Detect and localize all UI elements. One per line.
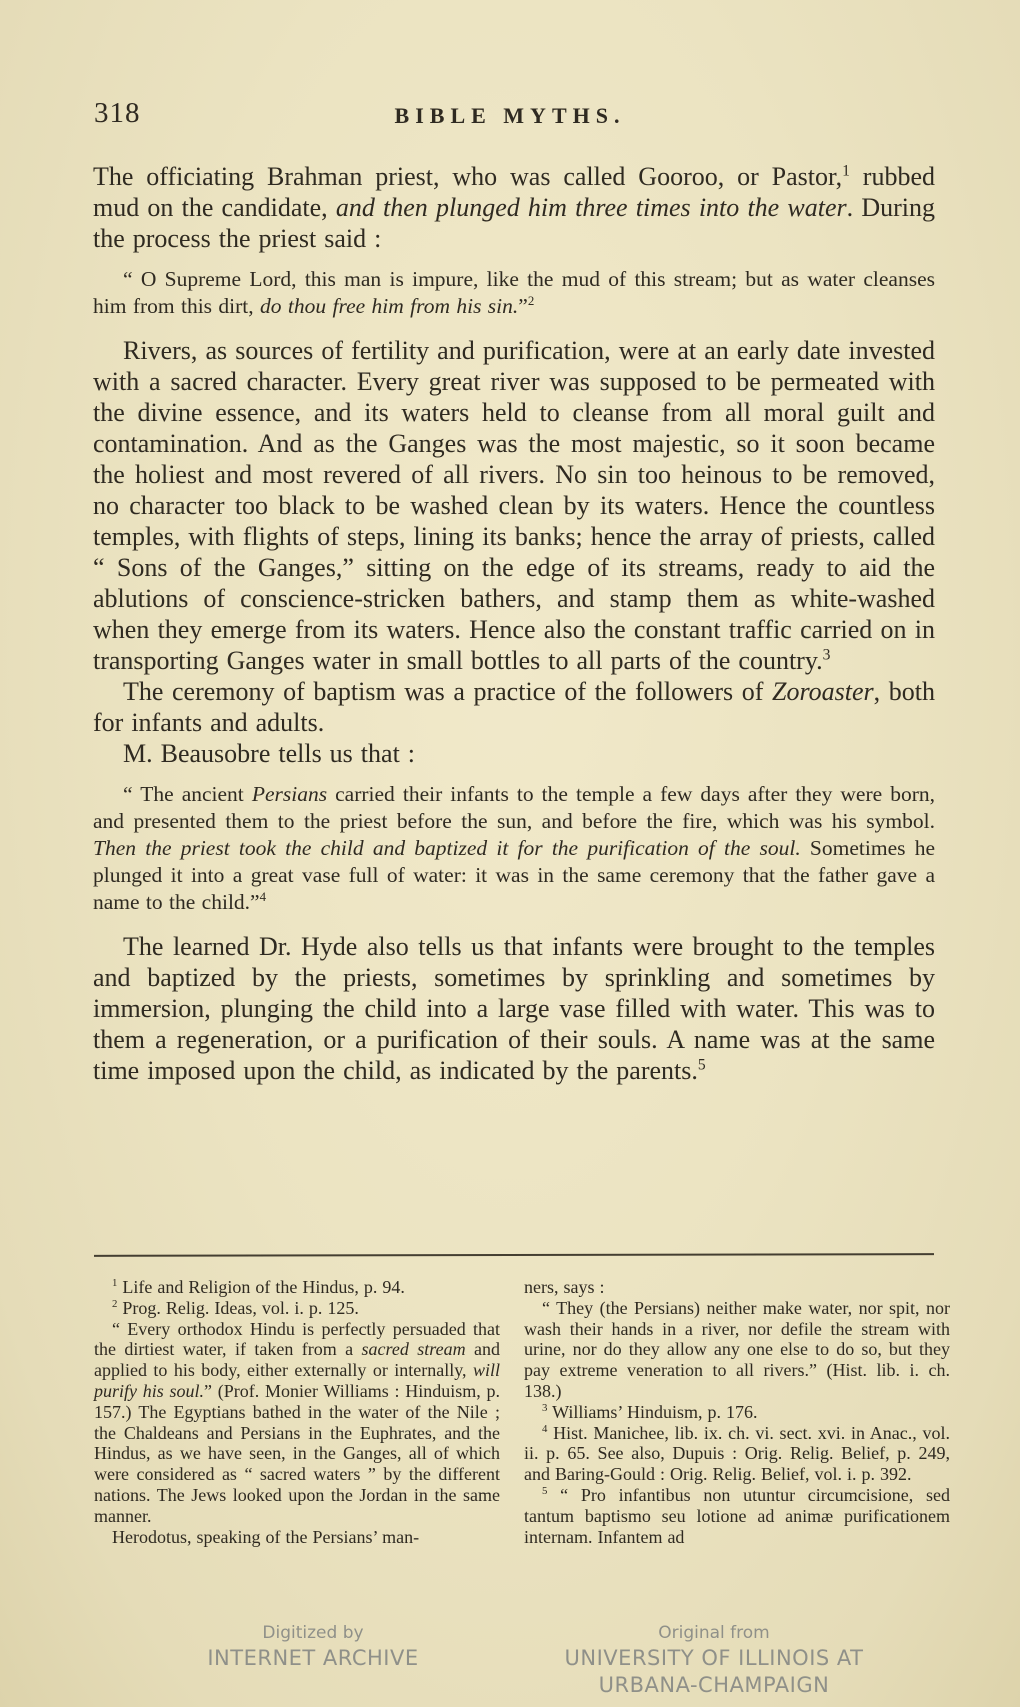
text-segment: sacred stream xyxy=(362,1339,466,1359)
paragraph: “ O Supreme Lord, this man is impure, li… xyxy=(93,266,935,320)
original-from-stamp: Original from UNIVERSITY OF ILLINOIS AT … xyxy=(524,1621,904,1699)
text-segment: The learned Dr. Hyde also tells us that … xyxy=(93,932,935,1085)
text-segment: Then the priest took the child and bapti… xyxy=(93,836,801,860)
text-segment: Prog. Relig. Ideas, vol. i. p. 125. xyxy=(117,1298,358,1318)
footnotes-section: 1 Life and Religion of the Hindus, p. 94… xyxy=(94,1277,950,1547)
paragraph: “ The ancient Persians carried their inf… xyxy=(93,781,935,916)
footnote-marker: 5 xyxy=(698,1056,706,1073)
text-segment: ” (Prof. Monier Williams : Hinduism, p. … xyxy=(94,1381,500,1526)
text-segment: “ The ancient xyxy=(123,782,252,806)
text-segment: The ceremony of baptism was a practice o… xyxy=(123,677,772,706)
text-segment: ” xyxy=(518,294,528,318)
paragraph: Rivers, as sources of fertility and puri… xyxy=(93,335,935,676)
footnote-marker: 1 xyxy=(842,162,850,179)
footnote: 4 Hist. Manichee, lib. ix. ch. vi. sect.… xyxy=(524,1423,950,1485)
text-segment: Hist. Manichee, lib. ix. ch. vi. sect. x… xyxy=(524,1423,950,1485)
original-from-label: Original from xyxy=(524,1621,904,1645)
footnote-marker: 2 xyxy=(528,294,534,308)
footnote-marker: 4 xyxy=(260,890,266,904)
footnote: Herodotus, speaking of the Persians’ man… xyxy=(94,1527,500,1548)
running-header-title: BIBLE MYTHS. xyxy=(0,103,1020,129)
paragraph: M. Beausobre tells us that : xyxy=(93,738,935,769)
text-segment: do thou free him from his sin. xyxy=(260,294,518,318)
paragraph: The officiating Brahman priest, who was … xyxy=(93,161,935,254)
text-segment: Zoroaster xyxy=(772,677,874,706)
footnote-marker: 3 xyxy=(823,646,831,663)
text-segment: Life and Religion of the Hindus, p. 94. xyxy=(117,1277,404,1297)
text-segment: Rivers, as sources of fertility and puri… xyxy=(93,336,935,675)
footnote: 2 Prog. Relig. Ideas, vol. i. p. 125. xyxy=(94,1298,500,1319)
digitized-by-label: Digitized by xyxy=(148,1621,478,1645)
text-segment: The officiating Brahman priest, who was … xyxy=(93,162,842,191)
footnote: ners, says : xyxy=(524,1277,950,1298)
main-text-block: The officiating Brahman priest, who was … xyxy=(93,161,935,1086)
paragraph: The learned Dr. Hyde also tells us that … xyxy=(93,931,935,1086)
footnote: 5 “ Pro infantibus non utuntur circumcis… xyxy=(524,1485,950,1547)
text-segment: Williams’ Hinduism, p. 176. xyxy=(547,1402,757,1422)
footnote: 3 Williams’ Hinduism, p. 176. xyxy=(524,1402,950,1423)
text-segment: Herodotus, speaking of the Persians’ man… xyxy=(112,1527,419,1547)
text-segment: “ Pro infantibus non utuntur circumcisio… xyxy=(524,1485,950,1547)
university-name-line1: UNIVERSITY OF ILLINOIS AT xyxy=(524,1645,904,1672)
text-segment: “ They (the Persians) neither make water… xyxy=(524,1298,950,1401)
digitized-by-stamp: Digitized by INTERNET ARCHIVE xyxy=(148,1621,478,1672)
paragraph: The ceremony of baptism was a practice o… xyxy=(93,676,935,738)
footnote-column-left: 1 Life and Religion of the Hindus, p. 94… xyxy=(94,1277,500,1547)
internet-archive-label: INTERNET ARCHIVE xyxy=(148,1645,478,1672)
text-segment: ners, says : xyxy=(524,1277,605,1297)
footnote: “ They (the Persians) neither make water… xyxy=(524,1298,950,1402)
footnote-column-right: ners, says :“ They (the Persians) neithe… xyxy=(524,1277,950,1547)
footnote-divider-rule xyxy=(94,1253,934,1257)
text-segment: Persians xyxy=(252,782,327,806)
book-page-scan: 318 BIBLE MYTHS. The officiating Brahman… xyxy=(0,0,1020,1707)
text-segment: M. Beausobre tells us that : xyxy=(123,739,415,768)
footnote: “ Every orthodox Hindu is perfectly pers… xyxy=(94,1319,500,1527)
text-segment: and then plunged him three times into th… xyxy=(336,193,847,222)
university-name-line2: URBANA-CHAMPAIGN xyxy=(524,1672,904,1699)
footnote: 1 Life and Religion of the Hindus, p. 94… xyxy=(94,1277,500,1298)
